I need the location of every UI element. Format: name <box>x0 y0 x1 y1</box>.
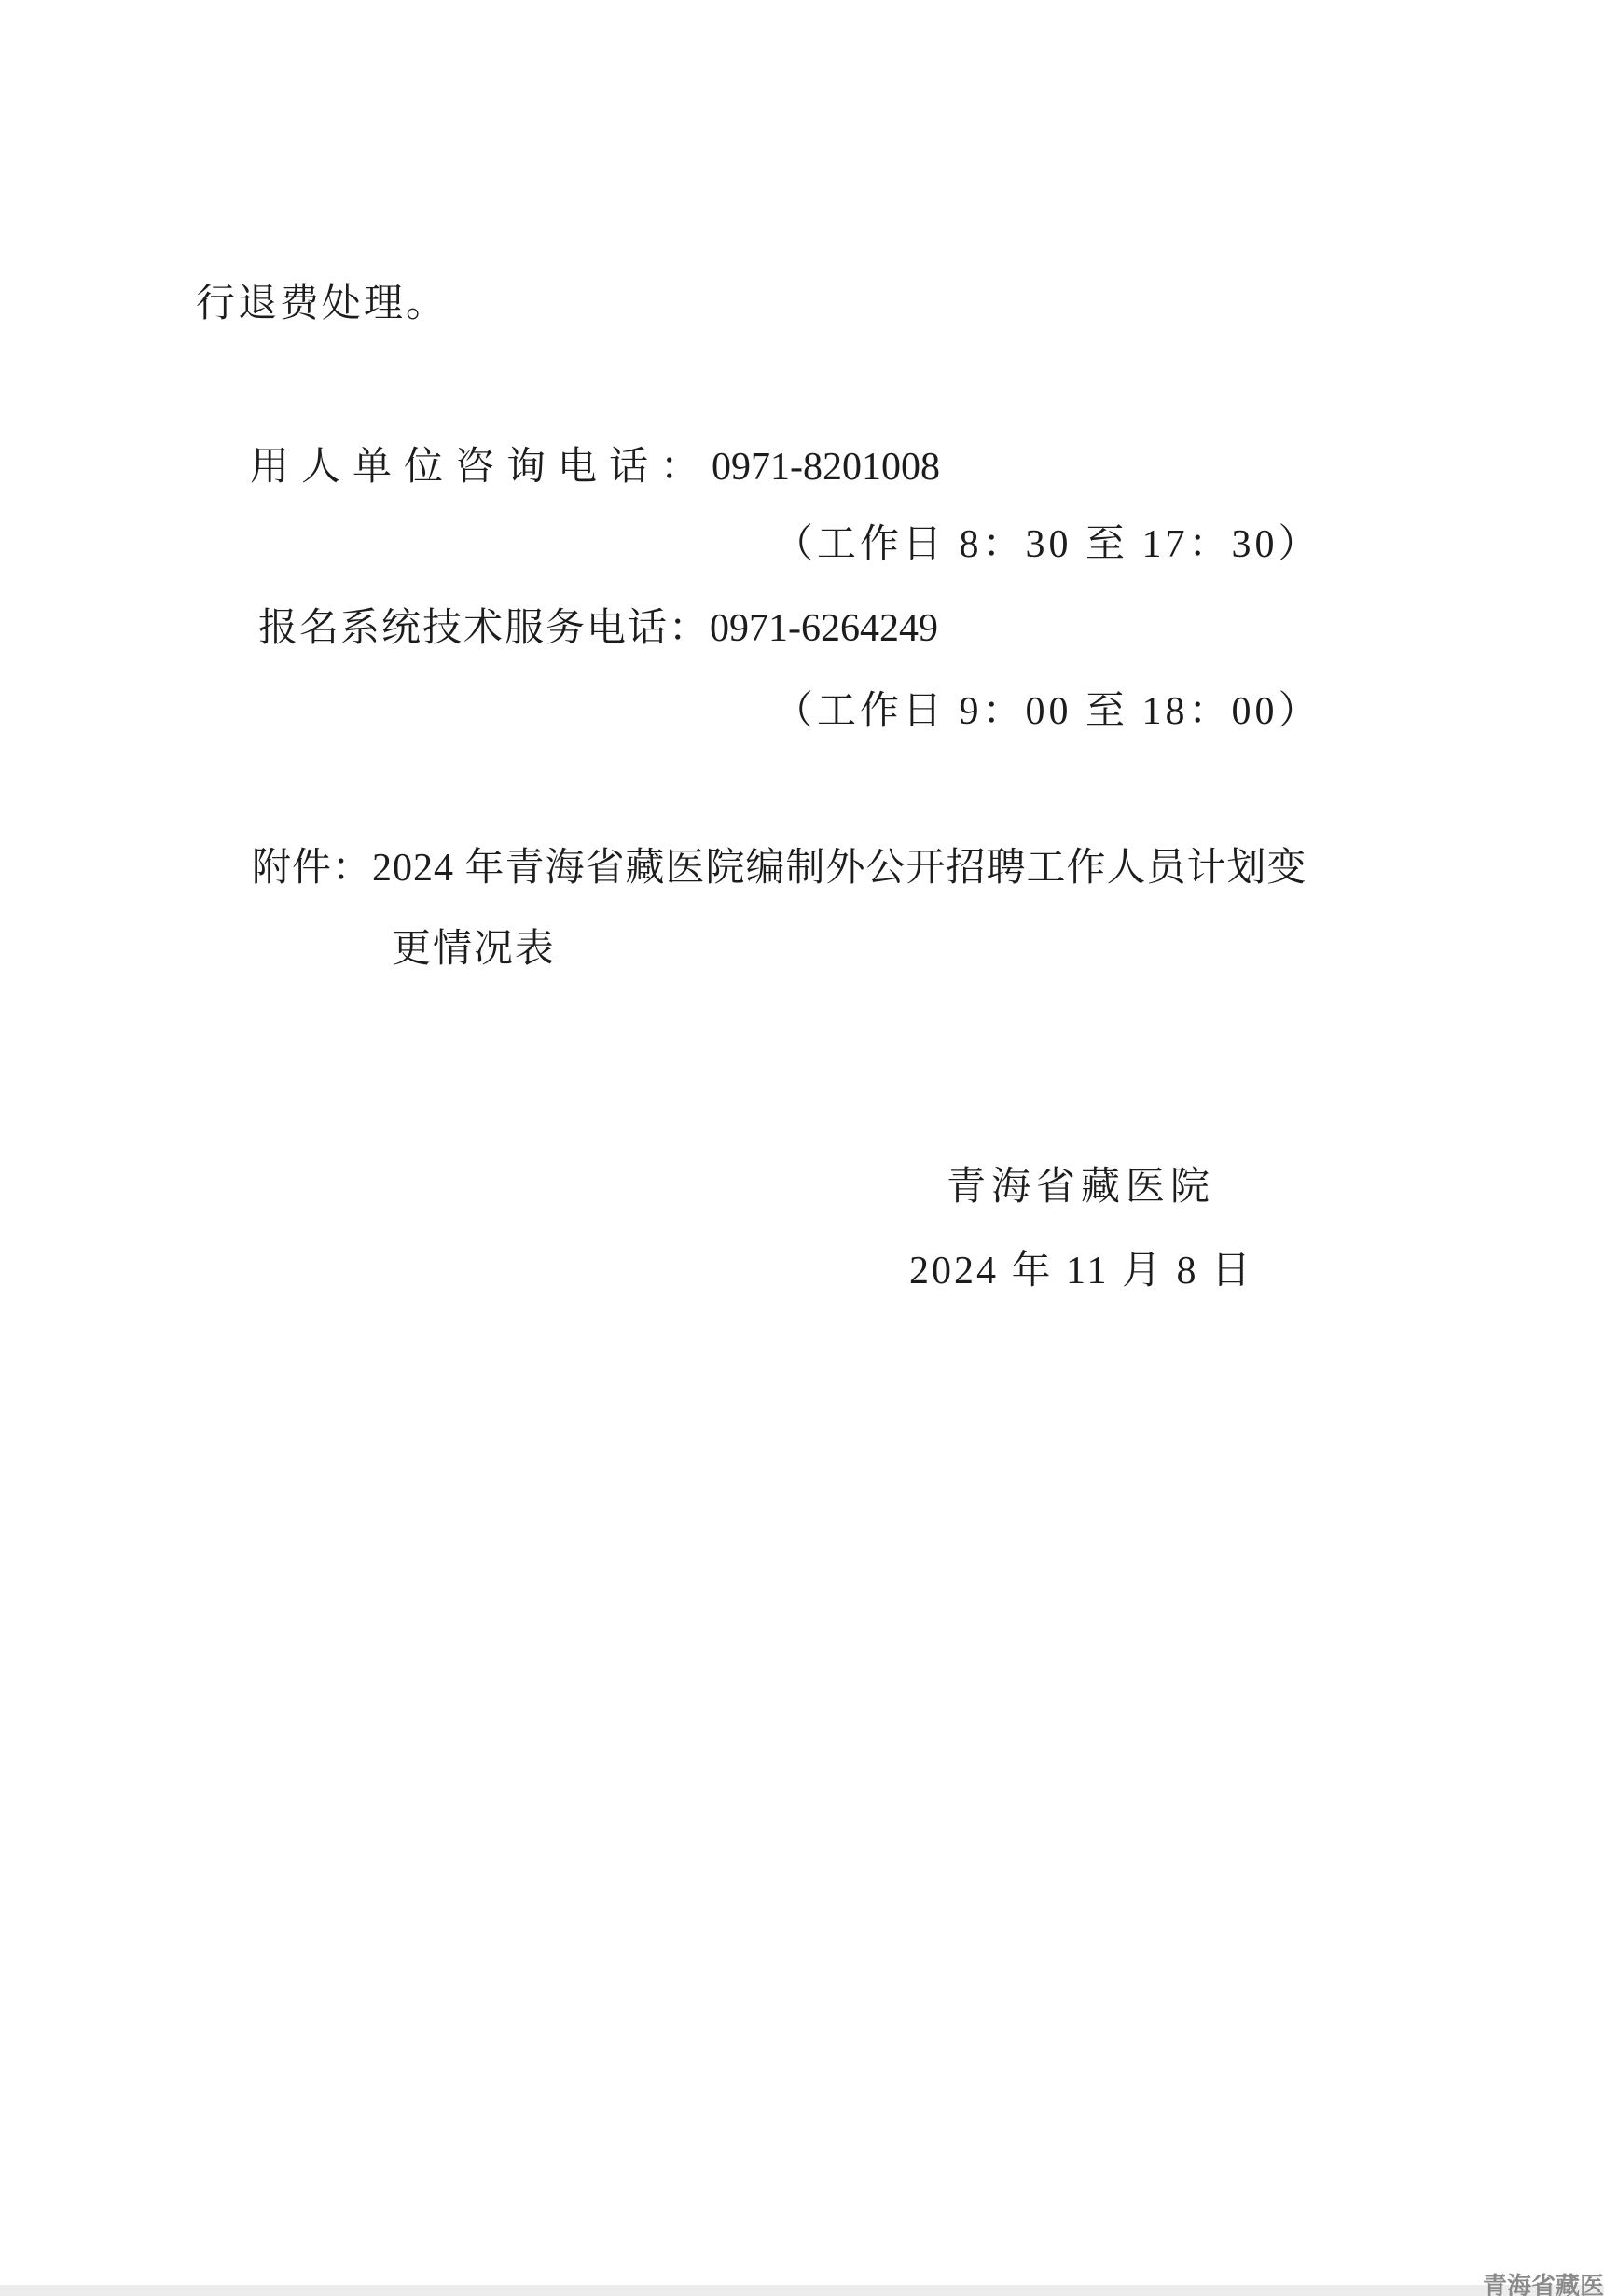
issuer-signature: 青海省藏医院 <box>947 1163 1215 1212</box>
attachment-reference-line-2: 更情况表 <box>392 925 556 975</box>
system-phone-label: 报名系统技术服务电话： <box>258 607 710 650</box>
site-watermark: 青海省藏医院 <box>1483 2267 1604 2296</box>
closing-paragraph-line: 行退费处理。 <box>196 280 448 329</box>
employer-phone-number: 0971-8201008 <box>712 446 940 489</box>
system-phone-number: 0971-6264249 <box>710 607 938 650</box>
employer-phone-label: 用人单位咨询电话： <box>250 446 712 489</box>
footer-divider-bar <box>0 2285 1604 2296</box>
document-page: 行退费处理。 用人单位咨询电话：0971-8201008 （工作日 8：30 至… <box>0 0 1604 2296</box>
employer-phone-hours: （工作日 8：30 至 17：30） <box>774 520 1321 570</box>
employer-phone-line: 用人单位咨询电话：0971-8201008 <box>250 443 940 492</box>
attachment-reference-line-1: 附件：2024 年青海省藏医院编制外公开招聘工作人员计划变 <box>252 844 1307 893</box>
issue-date: 2024 年 11 月 8 日 <box>909 1247 1253 1296</box>
system-phone-line: 报名系统技术服务电话：0971-6264249 <box>258 604 938 654</box>
system-phone-hours: （工作日 9：00 至 18：00） <box>774 687 1321 737</box>
